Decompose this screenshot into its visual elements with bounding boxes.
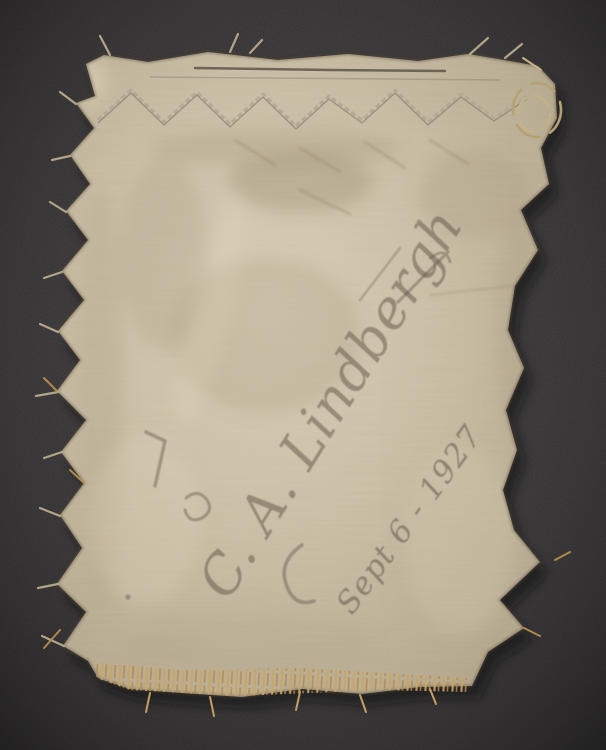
photo-of-fabric-artifact: C. A. Lindbergh Sept 6 - 1927	[0, 0, 606, 750]
artifact-photo: C. A. Lindbergh Sept 6 - 1927	[0, 0, 606, 750]
